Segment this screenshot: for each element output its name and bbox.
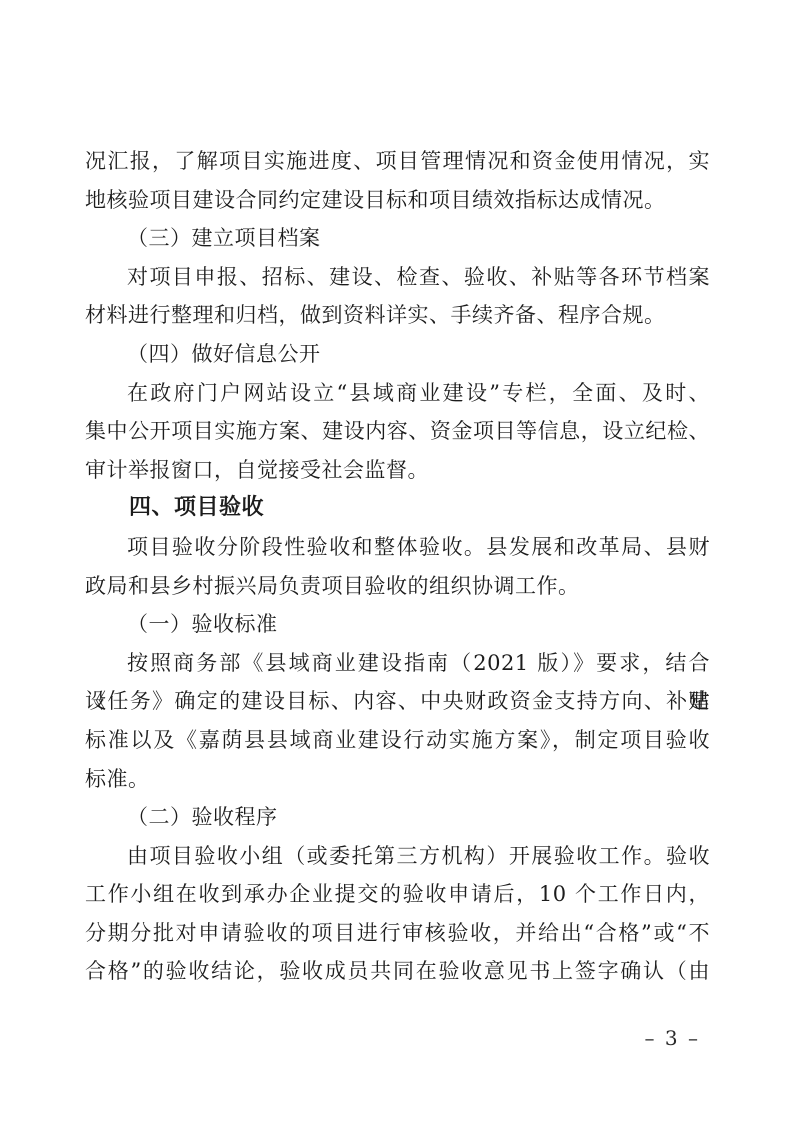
document-body: 况汇报，了解项目实施进度、项目管理情况和资金使用情况，实地核验项目建设合同约定建… bbox=[85, 142, 710, 991]
text-line: 分期分批对申请验收的项目进行审核验收，并给出“合格”或“不 bbox=[85, 914, 710, 953]
text-line: 项目验收分阶段性验收和整体验收。县发展和改革局、县财 bbox=[85, 528, 710, 567]
text-line: 标准。 bbox=[85, 760, 710, 799]
text-line: 材料进行整理和归档，做到资料详实、手续齐备、程序合规。 bbox=[85, 296, 710, 335]
text-line: 工作小组在收到承办企业提交的验收申请后，10 个工作日内， bbox=[85, 875, 710, 914]
text-line: 在政府门户网站设立“县域商业建设”专栏，全面、及时、 bbox=[85, 374, 710, 413]
text-line: 况汇报，了解项目实施进度、项目管理情况和资金使用情况，实 bbox=[85, 142, 710, 181]
subsection-heading: （四）做好信息公开 bbox=[85, 335, 710, 374]
text-line: 集中公开项目实施方案、建设内容、资金项目等信息，设立纪检、 bbox=[85, 412, 710, 451]
subsection-heading: （一）验收标准 bbox=[85, 605, 710, 644]
text-line: 对项目申报、招标、建设、检查、验收、补贴等各环节档案 bbox=[85, 258, 710, 297]
text-line: 政局和县乡村振兴局负责项目验收的组织协调工作。 bbox=[85, 567, 710, 606]
text-line: 设任务》确定的建设目标、内容、中央财政资金支持方向、补贴 bbox=[85, 682, 710, 721]
text-line: 合格”的验收结论，验收成员共同在验收意见书上签字确认（由 bbox=[85, 952, 710, 991]
text-line: 标准以及《嘉荫县县域商业建设行动实施方案》，制定项目验收 bbox=[85, 721, 710, 760]
text-line: 地核验项目建设合同约定建设目标和项目绩效指标达成情况。 bbox=[85, 181, 710, 220]
document-page: 况汇报，了解项目实施进度、项目管理情况和资金使用情况，实地核验项目建设合同约定建… bbox=[0, 0, 793, 1122]
page-number: – 3 – bbox=[645, 1026, 700, 1050]
section-heading: 四、项目验收 bbox=[85, 489, 710, 528]
text-line: 按照商务部《县域商业建设指南（2021 版）》要求，结合《建 bbox=[85, 644, 710, 683]
subsection-heading: （三）建立项目档案 bbox=[85, 219, 710, 258]
text-line: 审计举报窗口，自觉接受社会监督。 bbox=[85, 451, 710, 490]
text-line: 由项目验收小组（或委托第三方机构）开展验收工作。验收 bbox=[85, 837, 710, 876]
subsection-heading: （二）验收程序 bbox=[85, 798, 710, 837]
